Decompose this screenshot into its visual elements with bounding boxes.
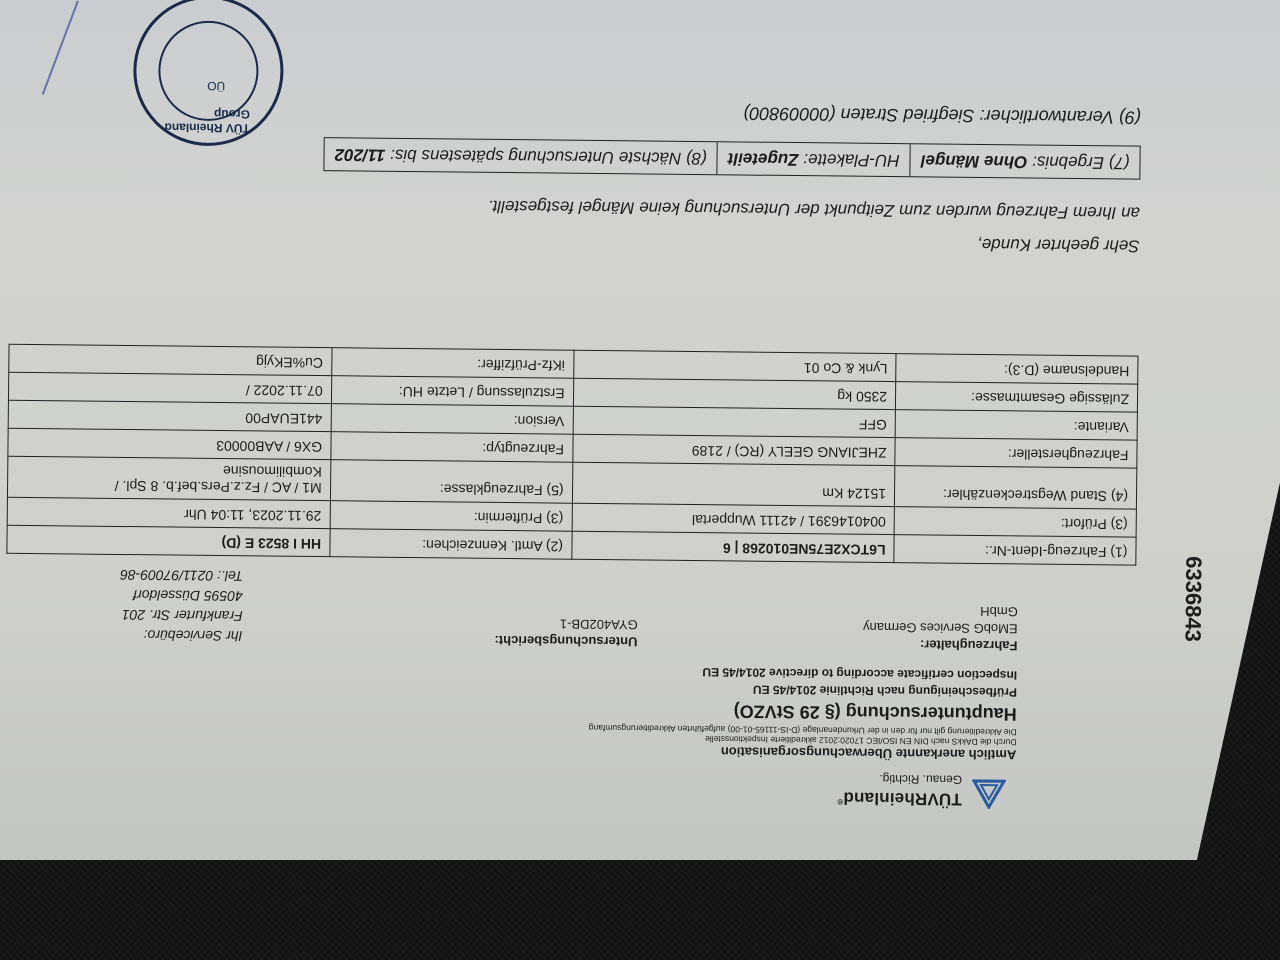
field-label: iKfz-Prüfziffer: — [331, 348, 573, 379]
brand-slogan: Genau. Richtig. — [837, 772, 962, 787]
letter-greeting: Sehr geehrter Kunde, — [977, 234, 1140, 256]
field-value: 00401463​91 / 42111 Wuppertal — [572, 503, 895, 534]
field-label: (3) Prüftermin: — [330, 501, 572, 532]
field-label: (4) Stand Wegstreckenzähler: — [894, 466, 1136, 510]
field-label: (2) Amtl. Kennzeichen: — [329, 529, 571, 560]
result-ergebnis: (7) Ergebnis: Ohne Mängel — [910, 144, 1140, 178]
field-value: ZHEJIANG GEELY (RC) / 2189 — [572, 434, 895, 465]
result-row: (7) Ergebnis: Ohne Mängel HU-Plakette: Z… — [324, 137, 1141, 180]
field-value: Lynk & Co 01 — [573, 350, 896, 381]
service-office: Ihr Servicebüro: Frankfurter Str. 201 40… — [119, 565, 243, 646]
field-value: L6TCX2E75NE010268 | 6 — [571, 531, 894, 562]
certificate-en: Inspection certificate according to dire… — [702, 665, 1017, 682]
signature-stroke — [0, 0, 79, 95]
field-label: (1) Fahrzeug-Ident-Nr.: — [894, 535, 1136, 566]
field-value: Cu%EKyjg — [9, 344, 332, 375]
authority-block: Amtlich anerkannte Überwachungsorganisat… — [256, 719, 1016, 762]
office-street: Frankfurter Str. 201 — [120, 605, 243, 626]
field-value: GX6 / AAB00003 — [8, 428, 331, 459]
field-label: Erstzulassung / Letzte HU: — [331, 376, 573, 407]
field-value: GFF — [573, 406, 896, 437]
certificate-de: Prüfbescheinigung nach Richtlinie 2014/4… — [753, 683, 1017, 700]
field-label: Fahrzeughersteller: — [895, 438, 1137, 469]
inspection-document: TÜVRheinland® Genau. Richtig. Amtlich an… — [0, 0, 1205, 856]
field-value: 07.11.2022 / — [8, 372, 331, 403]
field-label: (3) Prüfort: — [894, 507, 1136, 538]
office-city: 40595 Düsseldorf — [120, 585, 243, 606]
field-label: Handelsname (D.3): — [896, 354, 1138, 385]
responsible-person: (9) Verantwortlicher: Siegfried Straten … — [743, 102, 1141, 127]
vehicle-holder: Fahrzeughalter: EMobG Services Germany G… — [863, 602, 1018, 655]
field-label: Zulässige Gesamtmasse: — [895, 382, 1137, 413]
brand-name: TÜVRheinland® — [837, 788, 962, 809]
office-label: Ihr Servicebüro: — [119, 625, 242, 646]
stamp-text: TÜV Rheinland Group — [136, 106, 250, 135]
office-phone: Tel.: 0211/97009-86 — [120, 565, 243, 586]
side-number: 6336843 — [1180, 556, 1207, 642]
field-value: 441EUAP00 — [8, 400, 331, 431]
field-value: 2350 kg — [573, 378, 896, 409]
holder-label: Fahrzeughalter: — [863, 636, 1018, 655]
tuv-triangle-icon — [972, 779, 1006, 809]
holder-name-1: EMobG Services Germany — [863, 619, 1018, 638]
field-value: HH I 8523 E (D) — [7, 525, 330, 556]
field-value: M1 / AC / Fz.z.Pers.bef.b. 8 Spl. / Komb… — [7, 456, 330, 500]
field-label: Variante: — [895, 410, 1137, 441]
field-value: 15124 Km — [572, 462, 895, 506]
brand-logo: TÜVRheinland® Genau. Richtig. — [837, 772, 1006, 810]
vehicle-data-table: (1) Fahrzeug-Ident-Nr.:L6TCX2E75NE010268… — [6, 344, 1138, 566]
field-value: 29.11.2023, 11:04 Uhr — [7, 497, 330, 528]
result-next-inspection: (8) Nächste Untersuchung spätestens bis:… — [325, 138, 717, 174]
result-plakette: HU-Plakette: Zugeteilt — [717, 142, 910, 176]
paper-sheet: TÜVRheinland® Genau. Richtig. Amtlich an… — [0, 0, 1280, 860]
letter-message: an Ihrem Fahrzeug wurden zum Zeitpunkt d… — [488, 196, 1140, 223]
field-label: Fahrzeugtyp: — [330, 432, 572, 463]
official-stamp: TÜV Rheinland Group ÜO — [133, 0, 285, 147]
report-number: GYA402DB-1 — [495, 615, 638, 633]
inspection-report: Untersuchungsbericht: GYA402DB-1 — [494, 615, 637, 650]
document-title: Hauptuntersuchung (§ 29 StVZO) — [734, 700, 1017, 724]
report-label: Untersuchungsbericht: — [494, 632, 637, 650]
stamp-inner-text: ÜO — [207, 79, 225, 93]
field-label: (5) Fahrzeugklasse: — [330, 460, 572, 504]
field-label: Version: — [331, 404, 573, 435]
holder-name-2: GmbH — [863, 602, 1018, 621]
